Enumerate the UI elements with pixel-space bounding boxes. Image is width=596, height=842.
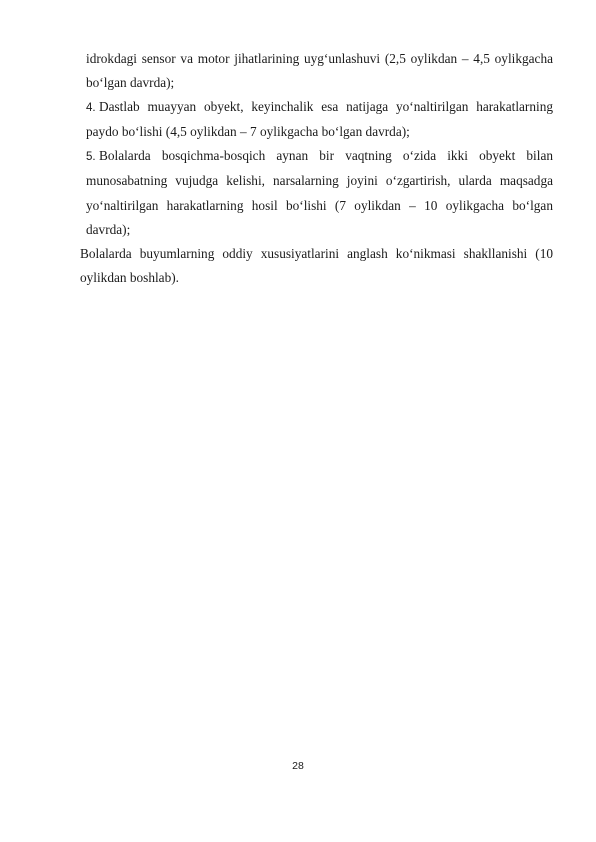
- list-item-5: 5.Bolalarda bosqichma-bosqich aynan bir …: [80, 144, 553, 241]
- document-page: idrokdagi sensor va motor jihatlarining …: [0, 0, 596, 842]
- page-number: 28: [0, 760, 596, 772]
- body-text: idrokdagi sensor va motor jihatlarining …: [80, 47, 553, 290]
- closing-paragraph: Bolalarda buyumlarning oddiy xususiyatla…: [80, 242, 553, 290]
- list-number: 5.: [86, 145, 99, 169]
- paragraph-text: Bolalarda buyumlarning oddiy xususiyatla…: [80, 246, 553, 285]
- paragraph-text: idrokdagi sensor va motor jihatlarining …: [86, 51, 553, 90]
- list-number: 4.: [86, 96, 99, 120]
- list-item-4: 4.Dastlab muayyan obyekt, keyinchalik es…: [80, 95, 553, 144]
- paragraph-text: Dastlab muayyan obyekt, keyinchalik esa …: [86, 99, 553, 139]
- list-item-continuation: idrokdagi sensor va motor jihatlarining …: [80, 47, 553, 95]
- paragraph-text: Bolalarda bosqichma-bosqich aynan bir va…: [86, 148, 553, 236]
